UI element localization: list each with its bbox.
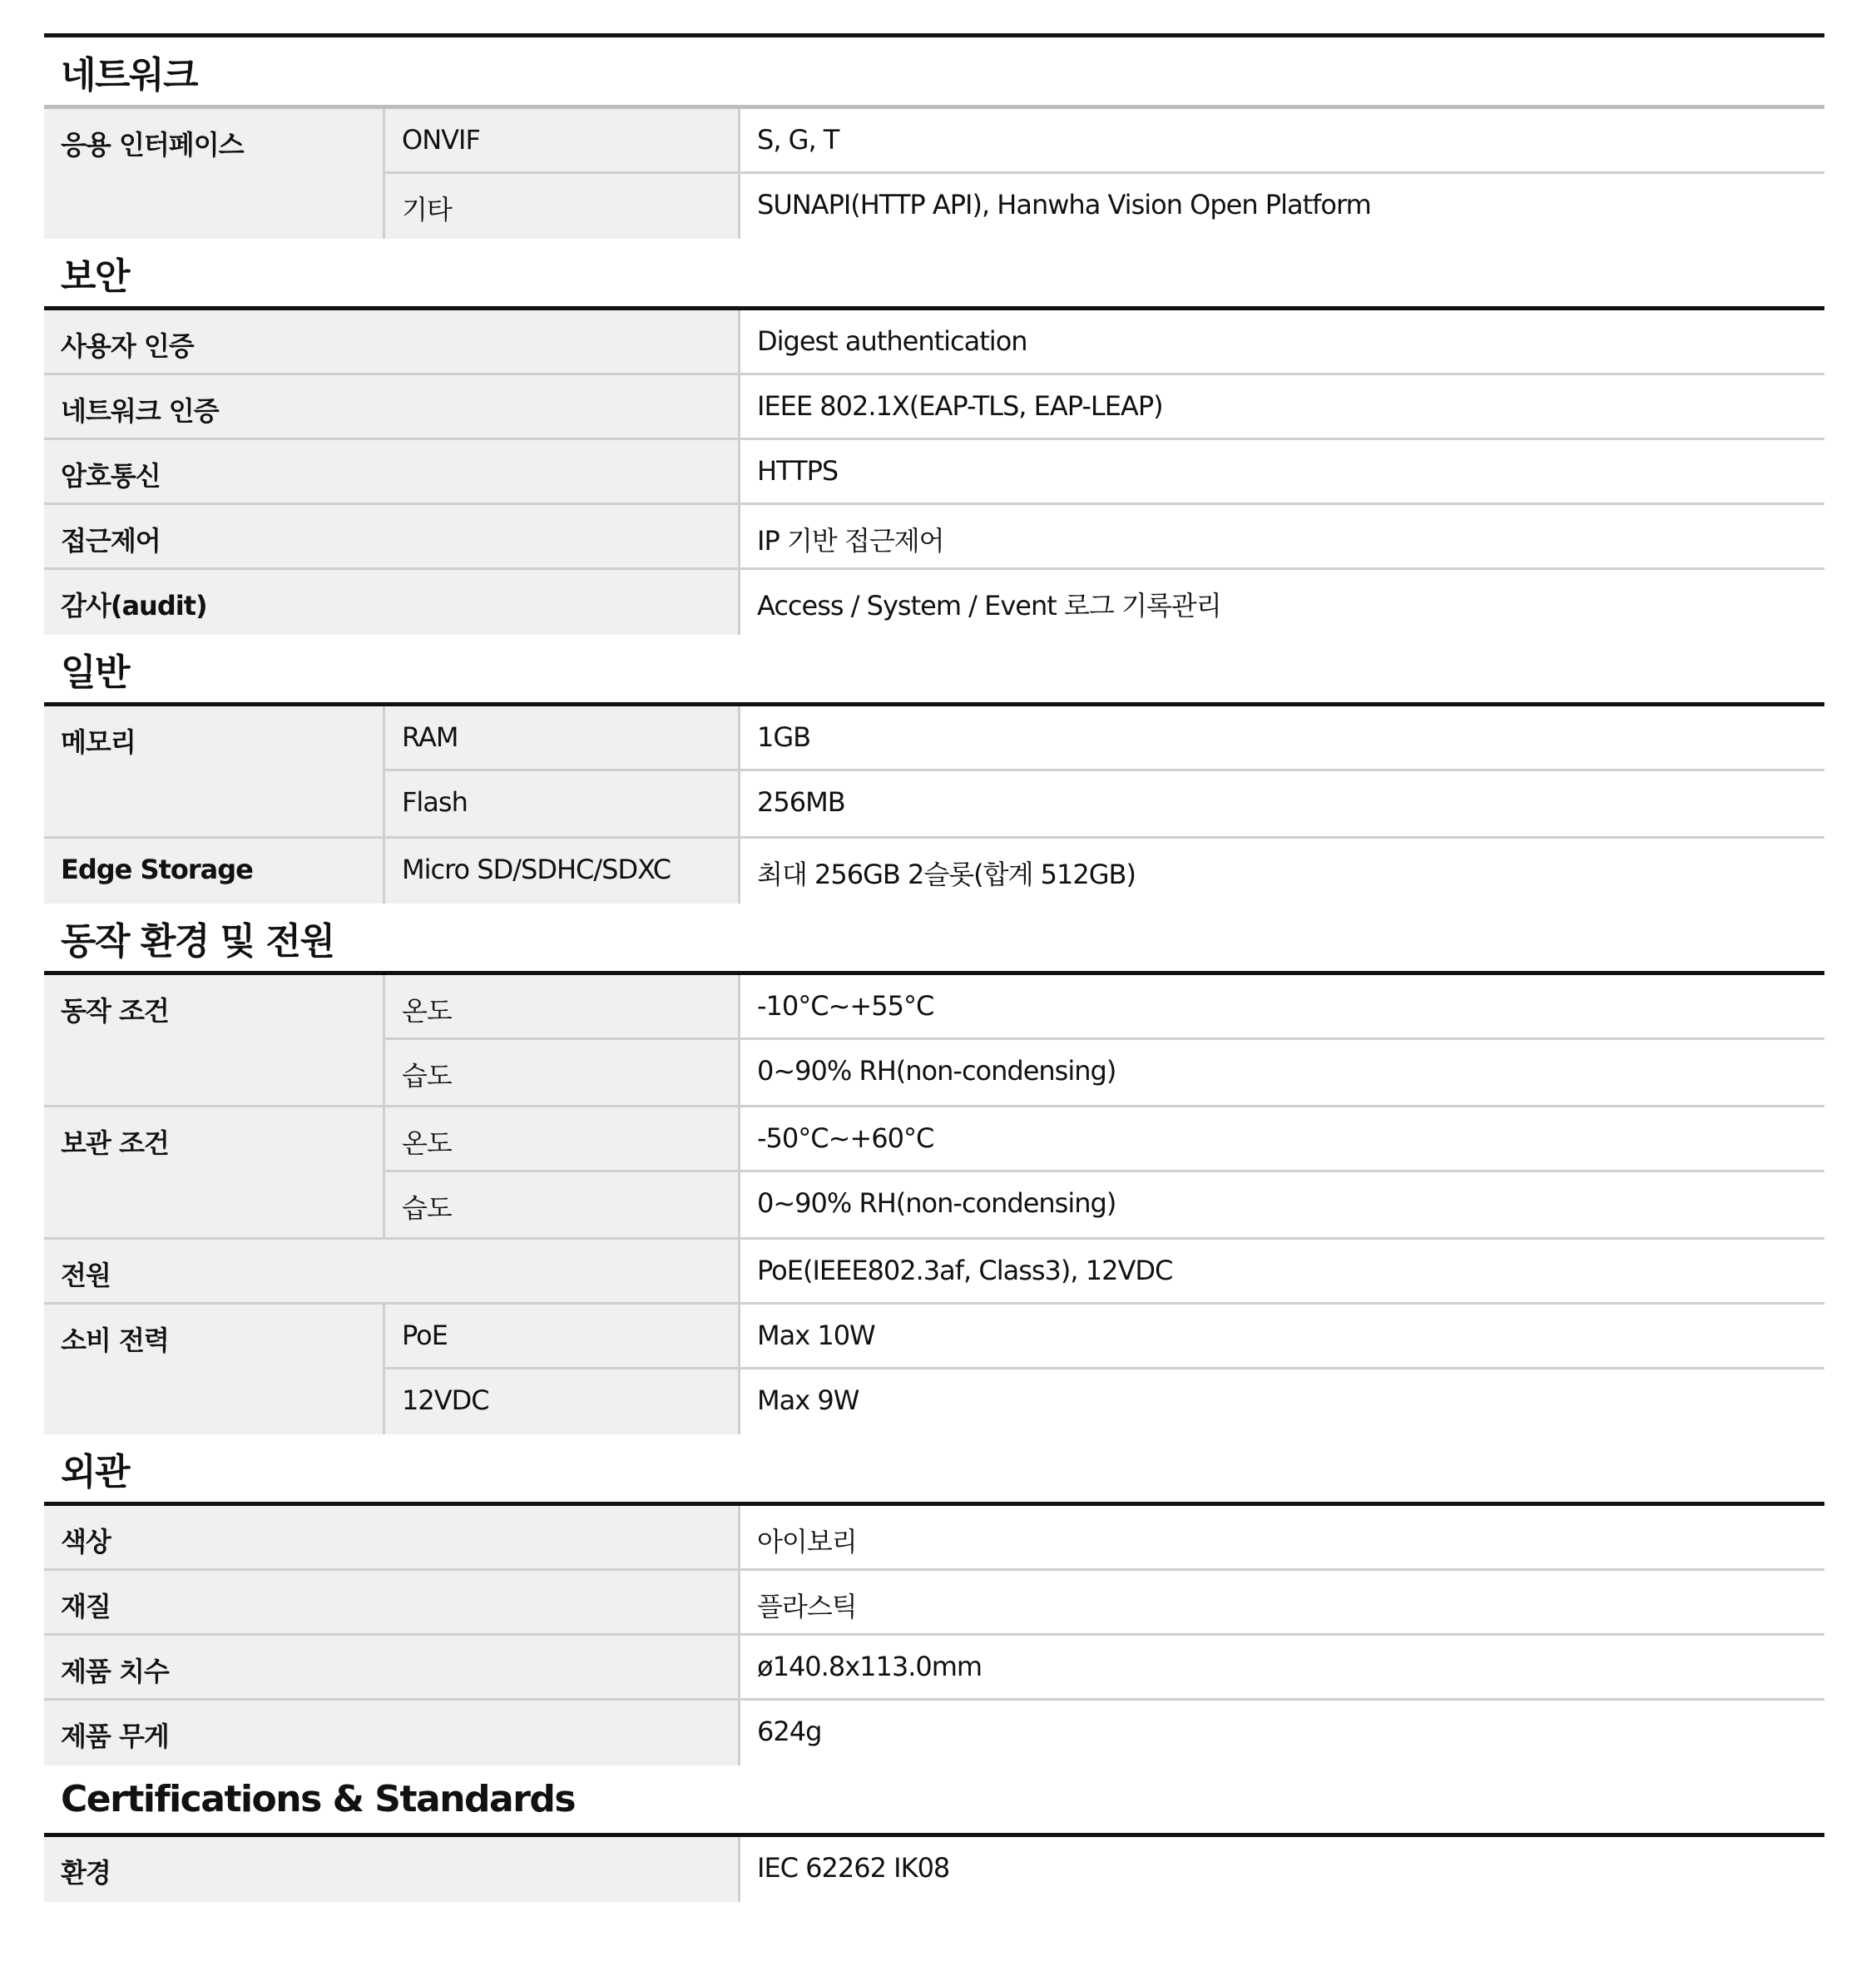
spec-label: 제품 무게 <box>44 1701 740 1765</box>
spec-sublabel: Flash <box>383 771 740 836</box>
spec-value: IEC 62262 IK08 <box>740 1837 1824 1902</box>
spec-sublabel: 기타 <box>383 174 740 239</box>
spec-value: 0~90% RH(non-condensing) <box>740 1040 1824 1105</box>
table-row: 사용자 인증 Digest authentication <box>44 310 1824 375</box>
table-row: Micro SD/SDHC/SDXC 최대 256GB 2슬롯(합계 512GB… <box>383 839 1824 904</box>
spec-value: PoE(IEEE802.3af, Class3), 12VDC <box>740 1240 1824 1302</box>
section-title-exterior: 외관 <box>44 1434 1824 1506</box>
section-title-certifications: Certifications & Standards <box>44 1765 1824 1837</box>
spec-value: ø140.8x113.0mm <box>740 1636 1824 1698</box>
section-network: 네트워크 응용 인터페이스 ONVIF S, G, T 기타 SUNAPI(HT… <box>44 33 1824 239</box>
table-row: 습도 0~90% RH(non-condensing) <box>383 1172 1824 1237</box>
spec-value: Digest authentication <box>740 310 1824 373</box>
spec-label: 제품 치수 <box>44 1636 740 1698</box>
spec-value: S, G, T <box>740 109 1824 171</box>
spec-value: -50°C~+60°C <box>740 1107 1824 1170</box>
spec-label: 접근제어 <box>44 505 740 567</box>
table-row: PoE Max 10W <box>383 1305 1824 1369</box>
table-row: 기타 SUNAPI(HTTP API), Hanwha Vision Open … <box>383 174 1824 239</box>
spec-sublabel: PoE <box>383 1305 740 1367</box>
spec-group-edge-storage: Edge Storage Micro SD/SDHC/SDXC 최대 256GB… <box>44 839 1824 904</box>
spec-sublabel: ONVIF <box>383 109 740 171</box>
spec-sublabel: 온도 <box>383 1107 740 1170</box>
spec-sublabel: 습도 <box>383 1172 740 1237</box>
spec-sublabel: 습도 <box>383 1040 740 1105</box>
spec-value: Max 10W <box>740 1305 1824 1367</box>
table-row: 암호통신 HTTPS <box>44 440 1824 505</box>
spec-group-app-interface: 응용 인터페이스 ONVIF S, G, T 기타 SUNAPI(HTTP AP… <box>44 109 1824 239</box>
section-security: 보안 사용자 인증 Digest authentication 네트워크 인증 … <box>44 239 1824 635</box>
spec-value: 아이보리 <box>740 1506 1824 1568</box>
table-row: 네트워크 인증 IEEE 802.1X(EAP-TLS, EAP-LEAP) <box>44 375 1824 440</box>
spec-label: 재질 <box>44 1571 740 1633</box>
spec-value: HTTPS <box>740 440 1824 503</box>
spec-label: 전원 <box>44 1240 740 1302</box>
spec-value: Access / System / Event 로그 기록관리 <box>740 570 1824 635</box>
spec-sublabel: 12VDC <box>383 1369 740 1434</box>
spec-value: 최대 256GB 2슬롯(합계 512GB) <box>740 839 1824 904</box>
section-exterior: 외관 색상 아이보리 재질 플라스틱 제품 치수 ø140.8x113.0mm … <box>44 1434 1824 1765</box>
spec-value: SUNAPI(HTTP API), Hanwha Vision Open Pla… <box>740 174 1824 239</box>
spec-label: 동작 조건 <box>44 975 383 1105</box>
spec-group-operating: 동작 조건 온도 -10°C~+55°C 습도 0~90% RH(non-con… <box>44 975 1824 1107</box>
table-row: 온도 -10°C~+55°C <box>383 975 1824 1040</box>
section-title-security: 보안 <box>44 239 1824 310</box>
section-title-network: 네트워크 <box>44 37 1824 109</box>
spec-sublabel: 온도 <box>383 975 740 1037</box>
spec-group-storage: 보관 조건 온도 -50°C~+60°C 습도 0~90% RH(non-con… <box>44 1107 1824 1240</box>
spec-value: -10°C~+55°C <box>740 975 1824 1037</box>
table-row: ONVIF S, G, T <box>383 109 1824 174</box>
section-certifications: Certifications & Standards 환경 IEC 62262 … <box>44 1765 1824 1902</box>
spec-label: Edge Storage <box>44 839 383 904</box>
spec-label: 보관 조건 <box>44 1107 383 1237</box>
table-row: 재질 플라스틱 <box>44 1571 1824 1636</box>
spec-label: 메모리 <box>44 706 383 836</box>
section-title-general: 일반 <box>44 635 1824 706</box>
spec-group-memory: 메모리 RAM 1GB Flash 256MB <box>44 706 1824 839</box>
spec-sublabel: RAM <box>383 706 740 769</box>
table-row: RAM 1GB <box>383 706 1824 771</box>
section-title-environment: 동작 환경 및 전원 <box>44 904 1824 975</box>
spec-sublabel: Micro SD/SDHC/SDXC <box>383 839 740 904</box>
spec-value: IEEE 802.1X(EAP-TLS, EAP-LEAP) <box>740 375 1824 438</box>
spec-value: 1GB <box>740 706 1824 769</box>
spec-value: Max 9W <box>740 1369 1824 1434</box>
spec-value: 0~90% RH(non-condensing) <box>740 1172 1824 1237</box>
spec-label: 사용자 인증 <box>44 310 740 373</box>
spec-label: 네트워크 인증 <box>44 375 740 438</box>
spec-value: IP 기반 접근제어 <box>740 505 1824 567</box>
spec-value: 플라스틱 <box>740 1571 1824 1633</box>
spec-label: 환경 <box>44 1837 740 1902</box>
table-row: 감사(audit) Access / System / Event 로그 기록관… <box>44 570 1824 635</box>
spec-label: 암호통신 <box>44 440 740 503</box>
table-row: 온도 -50°C~+60°C <box>383 1107 1824 1172</box>
spec-value: 624g <box>740 1701 1824 1765</box>
section-environment: 동작 환경 및 전원 동작 조건 온도 -10°C~+55°C 습도 0~90%… <box>44 904 1824 1434</box>
spec-value: 256MB <box>740 771 1824 836</box>
table-row: Flash 256MB <box>383 771 1824 836</box>
table-row: 전원 PoE(IEEE802.3af, Class3), 12VDC <box>44 1240 1824 1305</box>
spec-label: 응용 인터페이스 <box>44 109 383 239</box>
table-row: 12VDC Max 9W <box>383 1369 1824 1434</box>
spec-label: 감사(audit) <box>44 570 740 635</box>
table-row: 습도 0~90% RH(non-condensing) <box>383 1040 1824 1105</box>
spec-group-consumption: 소비 전력 PoE Max 10W 12VDC Max 9W <box>44 1305 1824 1434</box>
section-general: 일반 메모리 RAM 1GB Flash 256MB Edge Storage … <box>44 635 1824 904</box>
spec-label: 소비 전력 <box>44 1305 383 1434</box>
spec-sheet: 네트워크 응용 인터페이스 ONVIF S, G, T 기타 SUNAPI(HT… <box>44 33 1824 1902</box>
table-row: 환경 IEC 62262 IK08 <box>44 1837 1824 1902</box>
table-row: 제품 치수 ø140.8x113.0mm <box>44 1636 1824 1701</box>
table-row: 제품 무게 624g <box>44 1701 1824 1765</box>
spec-label: 색상 <box>44 1506 740 1568</box>
table-row: 색상 아이보리 <box>44 1506 1824 1571</box>
table-row: 접근제어 IP 기반 접근제어 <box>44 505 1824 570</box>
